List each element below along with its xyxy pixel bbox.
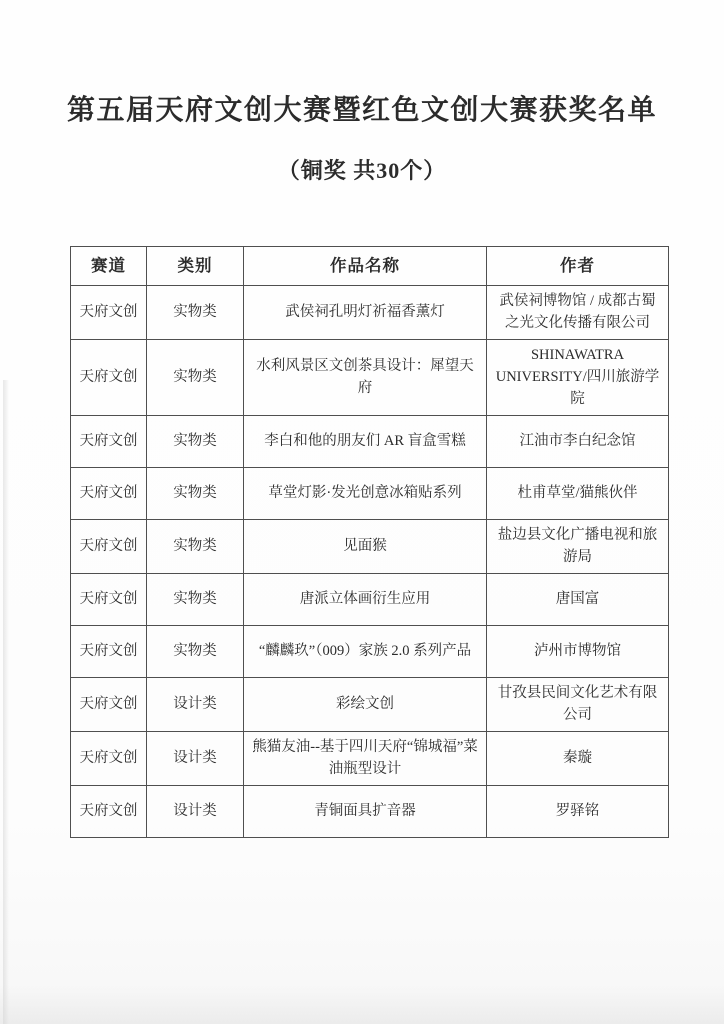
cell-author: 甘孜县民间文化艺术有限公司 bbox=[487, 677, 669, 731]
cell-category: 实物类 bbox=[147, 625, 244, 677]
cell-category: 实物类 bbox=[147, 285, 244, 339]
scan-edge-artifact bbox=[3, 380, 9, 1024]
cell-track: 天府文创 bbox=[71, 573, 147, 625]
cell-category: 设计类 bbox=[147, 731, 244, 785]
table-row: 天府文创 实物类 武侯祠孔明灯祈福香薰灯 武侯祠博物馆 / 成都古蜀之光文化传播… bbox=[71, 285, 669, 339]
cell-category: 实物类 bbox=[147, 519, 244, 573]
cell-category: 设计类 bbox=[147, 677, 244, 731]
cell-category: 实物类 bbox=[147, 339, 244, 415]
header-row: 赛道 类别 作品名称 作者 bbox=[71, 246, 669, 285]
cell-work: 水利风景区文创茶具设计：犀望天府 bbox=[244, 339, 487, 415]
table-row: 天府文创 设计类 熊猫友油--基于四川天府“锦城福”菜油瓶型设计 秦璇 bbox=[71, 731, 669, 785]
awards-table: 赛道 类别 作品名称 作者 天府文创 实物类 武侯祠孔明灯祈福香薰灯 武侯祠博物… bbox=[70, 246, 669, 838]
scan-shade-artifact bbox=[0, 984, 724, 1024]
cell-track: 天府文创 bbox=[71, 677, 147, 731]
header-author: 作者 bbox=[487, 246, 669, 285]
cell-track: 天府文创 bbox=[71, 415, 147, 467]
cell-track: 天府文创 bbox=[71, 339, 147, 415]
header-track: 赛道 bbox=[71, 246, 147, 285]
table-row: 天府文创 实物类 唐派立体画衍生应用 唐国富 bbox=[71, 573, 669, 625]
cell-author: 杜甫草堂/猫熊伙伴 bbox=[487, 467, 669, 519]
table-row: 天府文创 实物类 见面猴 盐边县文化广播电视和旅游局 bbox=[71, 519, 669, 573]
cell-author: 盐边县文化广播电视和旅游局 bbox=[487, 519, 669, 573]
cell-work: “麟麟玖”（009）家族 2.0 系列产品 bbox=[244, 625, 487, 677]
cell-work: 见面猴 bbox=[244, 519, 487, 573]
cell-author: 罗驿铭 bbox=[487, 785, 669, 837]
document-title: 第五届天府文创大赛暨红色文创大赛获奖名单 bbox=[0, 94, 724, 128]
cell-work: 草堂灯影·发光创意冰箱贴系列 bbox=[244, 467, 487, 519]
table-row: 天府文创 设计类 彩绘文创 甘孜县民间文化艺术有限公司 bbox=[71, 677, 669, 731]
cell-track: 天府文创 bbox=[71, 519, 147, 573]
cell-work: 武侯祠孔明灯祈福香薰灯 bbox=[244, 285, 487, 339]
cell-work: 青铜面具扩音器 bbox=[244, 785, 487, 837]
cell-work: 熊猫友油--基于四川天府“锦城福”菜油瓶型设计 bbox=[244, 731, 487, 785]
cell-work: 彩绘文创 bbox=[244, 677, 487, 731]
cell-author: 武侯祠博物馆 / 成都古蜀之光文化传播有限公司 bbox=[487, 285, 669, 339]
table-row: 天府文创 实物类 草堂灯影·发光创意冰箱贴系列 杜甫草堂/猫熊伙伴 bbox=[71, 467, 669, 519]
cell-category: 实物类 bbox=[147, 467, 244, 519]
cell-author: 泸州市博物馆 bbox=[487, 625, 669, 677]
document-page: 第五届天府文创大赛暨红色文创大赛获奖名单 （铜奖 共30个） 赛道 类别 作品名… bbox=[0, 0, 724, 1024]
cell-author: 唐国富 bbox=[487, 573, 669, 625]
cell-track: 天府文创 bbox=[71, 467, 147, 519]
cell-category: 设计类 bbox=[147, 785, 244, 837]
cell-track: 天府文创 bbox=[71, 731, 147, 785]
table-row: 天府文创 设计类 青铜面具扩音器 罗驿铭 bbox=[71, 785, 669, 837]
cell-track: 天府文创 bbox=[71, 625, 147, 677]
table-row: 天府文创 实物类 “麟麟玖”（009）家族 2.0 系列产品 泸州市博物馆 bbox=[71, 625, 669, 677]
cell-author: SHINAWATRA UNIVERSITY/四川旅游学院 bbox=[487, 339, 669, 415]
cell-author: 秦璇 bbox=[487, 731, 669, 785]
cell-category: 实物类 bbox=[147, 573, 244, 625]
table-row: 天府文创 实物类 李白和他的朋友们 AR 盲盒雪糕 江油市李白纪念馆 bbox=[71, 415, 669, 467]
cell-track: 天府文创 bbox=[71, 285, 147, 339]
header-category: 类别 bbox=[147, 246, 244, 285]
header-work: 作品名称 bbox=[244, 246, 487, 285]
cell-work: 唐派立体画衍生应用 bbox=[244, 573, 487, 625]
cell-category: 实物类 bbox=[147, 415, 244, 467]
table-body: 天府文创 实物类 武侯祠孔明灯祈福香薰灯 武侯祠博物馆 / 成都古蜀之光文化传播… bbox=[71, 285, 669, 837]
cell-author: 江油市李白纪念馆 bbox=[487, 415, 669, 467]
cell-work: 李白和他的朋友们 AR 盲盒雪糕 bbox=[244, 415, 487, 467]
cell-track: 天府文创 bbox=[71, 785, 147, 837]
table-header: 赛道 类别 作品名称 作者 bbox=[71, 246, 669, 285]
table-row: 天府文创 实物类 水利风景区文创茶具设计：犀望天府 SHINAWATRA UNI… bbox=[71, 339, 669, 415]
document-subtitle: （铜奖 共30个） bbox=[0, 154, 724, 185]
